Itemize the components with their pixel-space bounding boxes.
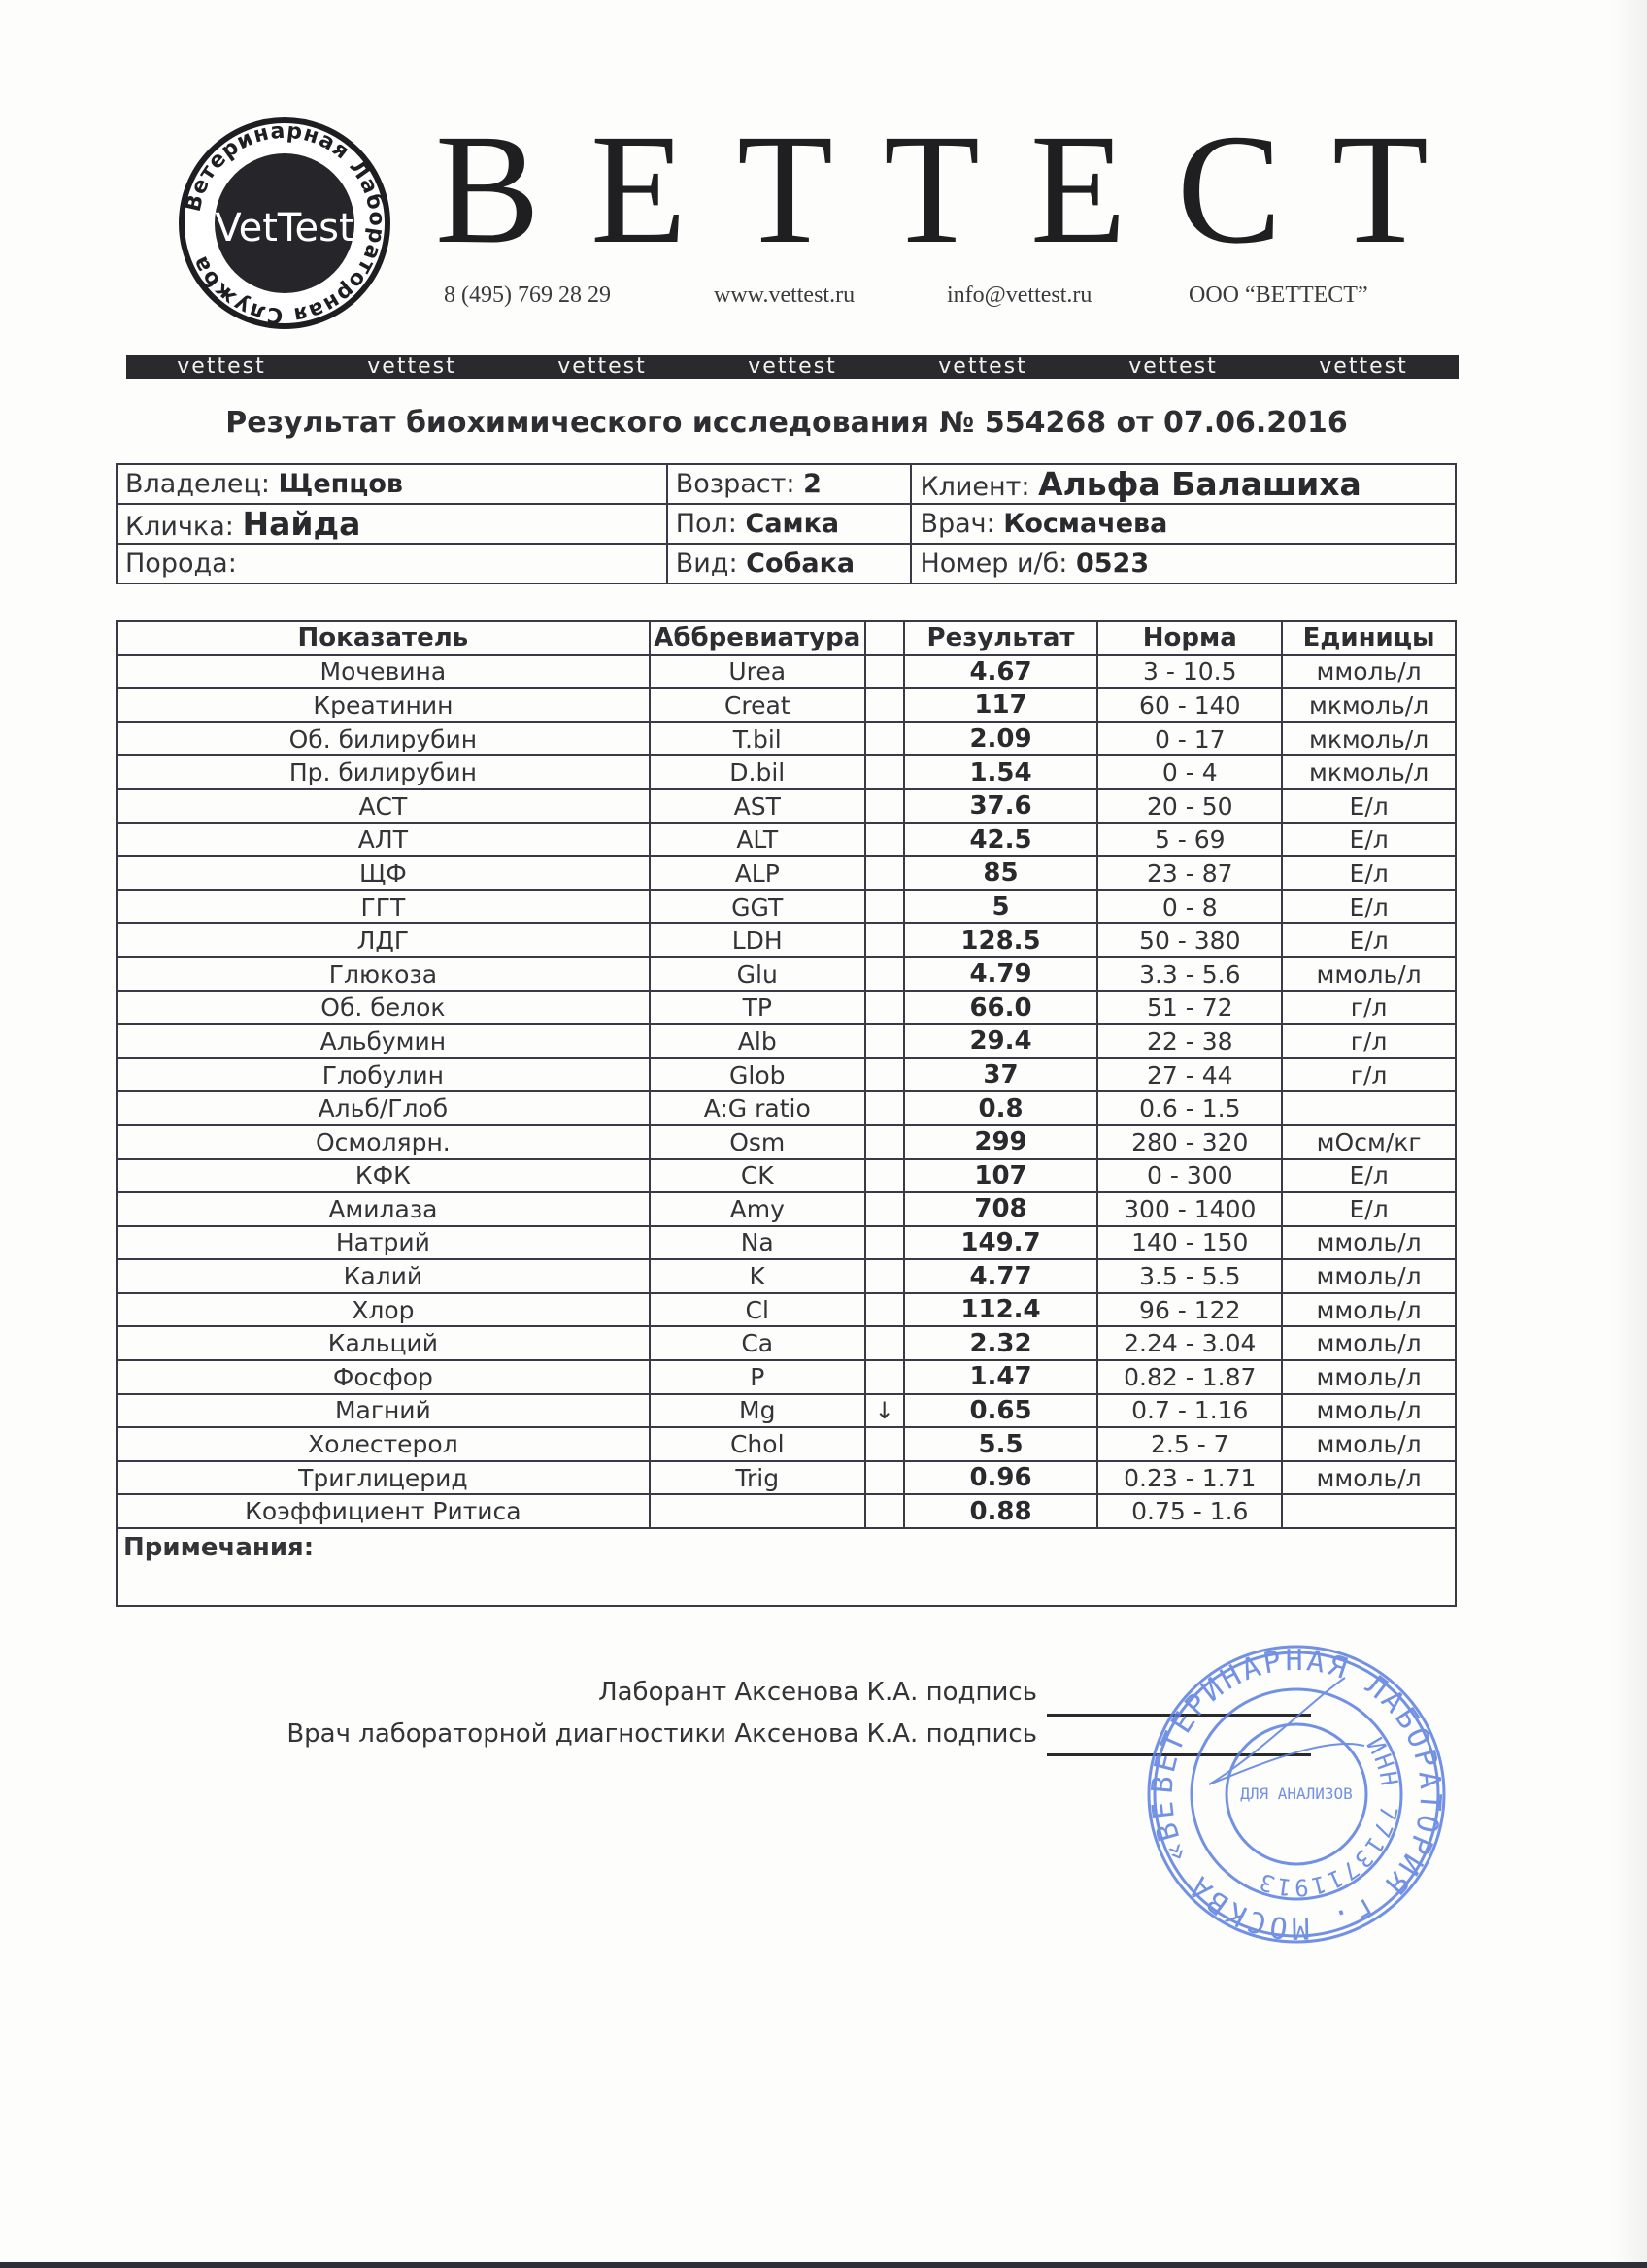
- parameter-name: Кальций: [117, 1326, 650, 1360]
- norm-range: 280 - 320: [1097, 1125, 1282, 1159]
- parameter-name: Альбумин: [117, 1024, 650, 1058]
- flag-indicator: [865, 1024, 904, 1058]
- result-row: ФосфорP1.470.82 - 1.87ммоль/л: [117, 1360, 1456, 1394]
- norm-range: 5 - 69: [1097, 823, 1282, 857]
- unit: ммоль/л: [1282, 1394, 1456, 1428]
- abbreviation: TP: [650, 991, 865, 1025]
- norm-range: 3.5 - 5.5: [1097, 1259, 1282, 1293]
- norm-range: 0.6 - 1.5: [1097, 1091, 1282, 1125]
- band-word: vettest: [557, 355, 646, 379]
- unit: ммоль/л: [1282, 1226, 1456, 1260]
- result-row: Об. белокTP66.051 - 72г/л: [117, 991, 1456, 1025]
- col-result: Результат: [904, 621, 1098, 655]
- flag-indicator: [865, 655, 904, 689]
- flag-indicator: [865, 1058, 904, 1092]
- unit: ммоль/л: [1282, 1427, 1456, 1461]
- scan-edge: [1612, 0, 1647, 2268]
- parameter-name: Об. билирубин: [117, 722, 650, 756]
- pet-name-value: Найда: [242, 505, 360, 543]
- norm-range: 0.7 - 1.16: [1097, 1394, 1282, 1428]
- result-value: 1.47: [904, 1360, 1098, 1394]
- parameter-name: ЩФ: [117, 856, 650, 890]
- parameter-name: Пр. билирубин: [117, 755, 650, 789]
- doctor-cell: Врач: Космачева: [911, 504, 1456, 544]
- flag-indicator: [865, 856, 904, 890]
- col-units: Единицы: [1282, 621, 1456, 655]
- result-value: 66.0: [904, 991, 1098, 1025]
- unit: Е/л: [1282, 923, 1456, 957]
- result-value: 5.5: [904, 1427, 1098, 1461]
- flag-indicator: [865, 1293, 904, 1327]
- band-word: vettest: [367, 355, 455, 379]
- result-row: Об. билирубинT.bil2.090 - 17мкмоль/л: [117, 722, 1456, 756]
- results-header-row: Показатель Аббревиатура Результат Норма …: [117, 621, 1456, 655]
- result-row: КалийK4.773.5 - 5.5ммоль/л: [117, 1259, 1456, 1293]
- norm-range: 22 - 38: [1097, 1024, 1282, 1058]
- norm-range: 0.82 - 1.87: [1097, 1360, 1282, 1394]
- abbreviation: Osm: [650, 1125, 865, 1159]
- band-word: vettest: [938, 355, 1026, 379]
- parameter-name: Хлор: [117, 1293, 650, 1327]
- norm-range: 0 - 4: [1097, 755, 1282, 789]
- scan-edge-bottom: [0, 2262, 1647, 2268]
- result-value: 29.4: [904, 1024, 1098, 1058]
- unit: ммоль/л: [1282, 1326, 1456, 1360]
- parameter-name: АЛТ: [117, 823, 650, 857]
- norm-range: 51 - 72: [1097, 991, 1282, 1025]
- norm-range: 3 - 10.5: [1097, 655, 1282, 689]
- result-row: АЛТALT42.55 - 69Е/л: [117, 823, 1456, 857]
- col-parameter: Показатель: [117, 621, 650, 655]
- flag-indicator: [865, 1226, 904, 1260]
- abbreviation: Alb: [650, 1024, 865, 1058]
- flag-indicator: [865, 1494, 904, 1528]
- parameter-name: Фосфор: [117, 1360, 650, 1394]
- result-row: МочевинаUrea4.673 - 10.5ммоль/л: [117, 655, 1456, 689]
- parameter-name: ЛДГ: [117, 923, 650, 957]
- website-link[interactable]: www.vettest.ru: [714, 283, 855, 309]
- document-title: Результат биохимического исследования № …: [0, 406, 1573, 440]
- abbreviation: ALT: [650, 823, 865, 857]
- flag-indicator: [865, 1360, 904, 1394]
- abbreviation: Creat: [650, 688, 865, 722]
- unit: ммоль/л: [1282, 1461, 1456, 1495]
- unit: г/л: [1282, 1024, 1456, 1058]
- parameter-name: Осмолярн.: [117, 1125, 650, 1159]
- result-value: 149.7: [904, 1226, 1098, 1260]
- abbreviation: T.bil: [650, 722, 865, 756]
- result-row: ХолестеролChol5.52.5 - 7ммоль/л: [117, 1427, 1456, 1461]
- age-cell: Возраст: 2: [667, 464, 912, 504]
- result-row: Альб/ГлобA:G ratio0.80.6 - 1.5: [117, 1091, 1456, 1125]
- norm-range: 0 - 8: [1097, 890, 1282, 924]
- owner-cell: Владелец: Щепцов: [117, 464, 667, 504]
- result-row: ТриглицеридTrig0.960.23 - 1.71ммоль/л: [117, 1461, 1456, 1495]
- col-flag: [865, 621, 904, 655]
- abbreviation: D.bil: [650, 755, 865, 789]
- results-table: Показатель Аббревиатура Результат Норма …: [116, 620, 1457, 1607]
- flag-indicator: [865, 1326, 904, 1360]
- parameter-name: Холестерол: [117, 1427, 650, 1461]
- abbreviation: A:G ratio: [650, 1091, 865, 1125]
- result-value: 128.5: [904, 923, 1098, 957]
- result-value: 2.32: [904, 1326, 1098, 1360]
- record-cell: Номер и/б: 0523: [911, 544, 1456, 584]
- result-row: НатрийNa149.7140 - 150ммоль/л: [117, 1226, 1456, 1260]
- parameter-name: АСТ: [117, 789, 650, 823]
- flag-indicator: [865, 1091, 904, 1125]
- result-row: Пр. билирубинD.bil1.540 - 4мкмоль/л: [117, 755, 1456, 789]
- abbreviation: Na: [650, 1226, 865, 1260]
- result-row: Осмолярн.Osm299280 - 320мОсм/кг: [117, 1125, 1456, 1159]
- result-value: 85: [904, 856, 1098, 890]
- norm-range: 0.75 - 1.6: [1097, 1494, 1282, 1528]
- owner-value: Щепцов: [279, 469, 403, 499]
- lab-tech-signature-label: Лаборант Аксенова К.А. подпись: [598, 1678, 1037, 1707]
- result-value: 0.65: [904, 1394, 1098, 1428]
- flag-indicator: [865, 1192, 904, 1226]
- unit: Е/л: [1282, 856, 1456, 890]
- result-value: 4.79: [904, 957, 1098, 991]
- col-abbreviation: Аббревиатура: [650, 621, 865, 655]
- unit: мкмоль/л: [1282, 722, 1456, 756]
- unit: Е/л: [1282, 789, 1456, 823]
- parameter-name: Триглицерид: [117, 1461, 650, 1495]
- abbreviation: Mg: [650, 1394, 865, 1428]
- notes-label: Примечания:: [123, 1533, 314, 1562]
- client-value: Альфа Балашиха: [1038, 465, 1361, 503]
- result-value: 0.88: [904, 1494, 1098, 1528]
- result-row: ЛДГLDH128.550 - 380Е/л: [117, 923, 1456, 957]
- norm-range: 2.5 - 7: [1097, 1427, 1282, 1461]
- pet-name-cell: Кличка: Найда: [117, 504, 667, 544]
- email-link[interactable]: info@vettest.ru: [947, 283, 1092, 309]
- unit: ммоль/л: [1282, 957, 1456, 991]
- band-word: vettest: [177, 355, 265, 379]
- species-value: Собака: [746, 549, 855, 579]
- unit: [1282, 1494, 1456, 1528]
- flag-indicator: ↓: [865, 1394, 904, 1428]
- lab-stamp-icon: ВЕТЕРИНАРНАЯ ЛАБОРАТОРИЯ г. МОСКВА «ВЕТТ…: [1141, 1639, 1452, 1950]
- result-row: ГлюкозаGlu4.793.3 - 5.6ммоль/л: [117, 957, 1456, 991]
- breed-cell: Порода:: [117, 544, 667, 584]
- parameter-name: Глобулин: [117, 1058, 650, 1092]
- flag-indicator: [865, 789, 904, 823]
- patient-info-table: Владелец: Щепцов Возраст: 2 Клиент: Альф…: [116, 463, 1457, 584]
- svg-text:ДЛЯ АНАЛИЗОВ: ДЛЯ АНАЛИЗОВ: [1240, 1784, 1353, 1803]
- parameter-name: Магний: [117, 1394, 650, 1428]
- unit: мкмоль/л: [1282, 755, 1456, 789]
- parameter-name: Натрий: [117, 1226, 650, 1260]
- parameter-name: Альб/Глоб: [117, 1091, 650, 1125]
- col-norm: Норма: [1097, 621, 1282, 655]
- parameter-name: КФК: [117, 1159, 650, 1193]
- parameter-name: Калий: [117, 1259, 650, 1293]
- result-row: АмилазаAmy708300 - 1400Е/л: [117, 1192, 1456, 1226]
- unit: г/л: [1282, 1058, 1456, 1092]
- result-value: 107: [904, 1159, 1098, 1193]
- sex-cell: Пол: Самка: [667, 504, 912, 544]
- flag-indicator: [865, 1125, 904, 1159]
- record-value: 0523: [1076, 549, 1149, 579]
- result-value: 5: [904, 890, 1098, 924]
- abbreviation: Ca: [650, 1326, 865, 1360]
- abbreviation: AST: [650, 789, 865, 823]
- flag-indicator: [865, 755, 904, 789]
- abbreviation: K: [650, 1259, 865, 1293]
- abbreviation: P: [650, 1360, 865, 1394]
- phone: 8 (495) 769 28 29: [444, 283, 611, 309]
- result-value: 299: [904, 1125, 1098, 1159]
- result-row: МагнийMg↓0.650.7 - 1.16ммоль/л: [117, 1394, 1456, 1428]
- norm-range: 60 - 140: [1097, 688, 1282, 722]
- brand-band: vettestvettestvettestvettestvettestvette…: [126, 355, 1459, 379]
- unit: Е/л: [1282, 1192, 1456, 1226]
- norm-range: 300 - 1400: [1097, 1192, 1282, 1226]
- result-value: 37: [904, 1058, 1098, 1092]
- result-value: 42.5: [904, 823, 1098, 857]
- result-value: 37.6: [904, 789, 1098, 823]
- norm-range: 0 - 300: [1097, 1159, 1282, 1193]
- svg-text:VetTest: VetTest: [215, 206, 353, 250]
- unit: мкмоль/л: [1282, 688, 1456, 722]
- flag-indicator: [865, 1259, 904, 1293]
- sex-value: Самка: [746, 509, 840, 539]
- abbreviation: Trig: [650, 1461, 865, 1495]
- result-row: КреатининCreat11760 - 140мкмоль/л: [117, 688, 1456, 722]
- flag-indicator: [865, 957, 904, 991]
- parameter-name: Глюкоза: [117, 957, 650, 991]
- parameter-name: Амилаза: [117, 1192, 650, 1226]
- doctor-value: Космачева: [1003, 509, 1167, 539]
- norm-range: 0.23 - 1.71: [1097, 1461, 1282, 1495]
- flag-indicator: [865, 1159, 904, 1193]
- abbreviation: Cl: [650, 1293, 865, 1327]
- abbreviation: CK: [650, 1159, 865, 1193]
- result-value: 1.54: [904, 755, 1098, 789]
- unit: мОсм/кг: [1282, 1125, 1456, 1159]
- abbreviation: [650, 1494, 865, 1528]
- flag-indicator: [865, 823, 904, 857]
- client-cell: Клиент: Альфа Балашиха: [911, 464, 1456, 504]
- result-row: КФКCK1070 - 300Е/л: [117, 1159, 1456, 1193]
- unit: Е/л: [1282, 890, 1456, 924]
- abbreviation: ALP: [650, 856, 865, 890]
- norm-range: 2.24 - 3.04: [1097, 1326, 1282, 1360]
- flag-indicator: [865, 991, 904, 1025]
- abbreviation: GGT: [650, 890, 865, 924]
- band-word: vettest: [748, 355, 836, 379]
- abbreviation: Chol: [650, 1427, 865, 1461]
- norm-range: 140 - 150: [1097, 1226, 1282, 1260]
- parameter-name: Мочевина: [117, 655, 650, 689]
- result-row: АСТAST37.620 - 50Е/л: [117, 789, 1456, 823]
- result-value: 4.67: [904, 655, 1098, 689]
- flag-indicator: [865, 890, 904, 924]
- flag-indicator: [865, 688, 904, 722]
- norm-range: 50 - 380: [1097, 923, 1282, 957]
- unit: Е/л: [1282, 823, 1456, 857]
- flag-indicator: [865, 1461, 904, 1495]
- flag-indicator: [865, 1427, 904, 1461]
- unit: ммоль/л: [1282, 1360, 1456, 1394]
- result-row: ГлобулинGlob3727 - 44г/л: [117, 1058, 1456, 1092]
- result-row: ГГТGGT50 - 8Е/л: [117, 890, 1456, 924]
- vettest-logo-icon: Ветеринарная Лабораторная Служба VetTest: [178, 117, 391, 330]
- norm-range: 27 - 44: [1097, 1058, 1282, 1092]
- notes-cell: Примечания:: [117, 1528, 1456, 1606]
- norm-range: 23 - 87: [1097, 856, 1282, 890]
- result-value: 117: [904, 688, 1098, 722]
- abbreviation: Glu: [650, 957, 865, 991]
- band-word: vettest: [1319, 355, 1407, 379]
- result-value: 708: [904, 1192, 1098, 1226]
- result-value: 4.77: [904, 1259, 1098, 1293]
- species-cell: Вид: Собака: [667, 544, 912, 584]
- abbreviation: Amy: [650, 1192, 865, 1226]
- result-value: 2.09: [904, 722, 1098, 756]
- abbreviation: Glob: [650, 1058, 865, 1092]
- unit: [1282, 1091, 1456, 1125]
- result-value: 112.4: [904, 1293, 1098, 1327]
- parameter-name: Креатинин: [117, 688, 650, 722]
- unit: ммоль/л: [1282, 1259, 1456, 1293]
- unit: г/л: [1282, 991, 1456, 1025]
- unit: ммоль/л: [1282, 655, 1456, 689]
- result-row: ХлорCl112.496 - 122ммоль/л: [117, 1293, 1456, 1327]
- result-row: ЩФALP8523 - 87Е/л: [117, 856, 1456, 890]
- flag-indicator: [865, 923, 904, 957]
- result-value: 0.8: [904, 1091, 1098, 1125]
- parameter-name: Об. белок: [117, 991, 650, 1025]
- norm-range: 96 - 122: [1097, 1293, 1282, 1327]
- abbreviation: LDH: [650, 923, 865, 957]
- unit: ммоль/л: [1282, 1293, 1456, 1327]
- unit: Е/л: [1282, 1159, 1456, 1193]
- parameter-name: Коэффициент Ритиса: [117, 1494, 650, 1528]
- lab-doctor-signature-label: Врач лабораторной диагностики Аксенова К…: [286, 1719, 1037, 1749]
- parameter-name: ГГТ: [117, 890, 650, 924]
- norm-range: 3.3 - 5.6: [1097, 957, 1282, 991]
- band-word: vettest: [1128, 355, 1217, 379]
- brand-title: ВЕТТЕСТ: [435, 112, 1479, 269]
- result-row: Коэффициент Ритиса0.880.75 - 1.6: [117, 1494, 1456, 1528]
- result-row: АльбуминAlb29.422 - 38г/л: [117, 1024, 1456, 1058]
- age-value: 2: [803, 469, 822, 499]
- flag-indicator: [865, 722, 904, 756]
- norm-range: 20 - 50: [1097, 789, 1282, 823]
- result-value: 0.96: [904, 1461, 1098, 1495]
- result-row: КальцийCa2.322.24 - 3.04ммоль/л: [117, 1326, 1456, 1360]
- company-name: ООО “ВЕТТЕСТ”: [1189, 283, 1368, 309]
- abbreviation: Urea: [650, 655, 865, 689]
- norm-range: 0 - 17: [1097, 722, 1282, 756]
- notes-row: Примечания:: [117, 1528, 1456, 1606]
